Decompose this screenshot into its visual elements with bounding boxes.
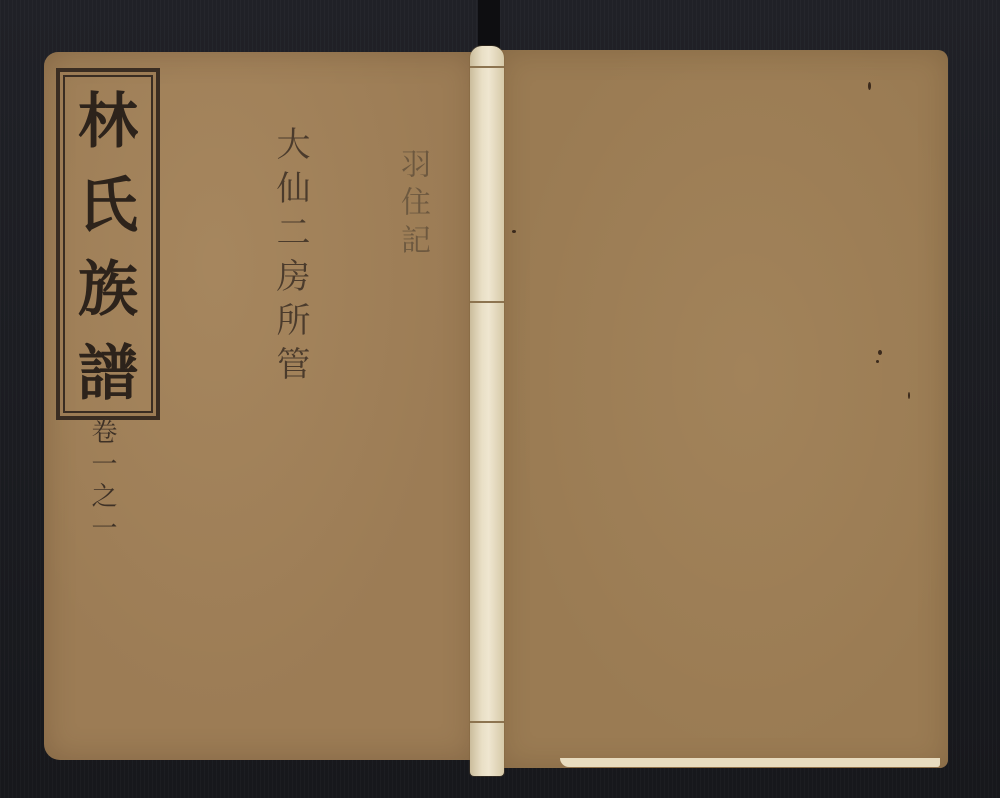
title-char: 林 <box>60 74 156 160</box>
volume-note: 卷一之一 <box>84 418 121 546</box>
title-char: 族 <box>60 242 156 328</box>
back-cover <box>500 50 948 768</box>
branch-note: 大仙二房所管 <box>266 126 315 390</box>
stain-speck <box>876 360 879 363</box>
stain-speck <box>908 392 910 399</box>
binding-thread <box>470 66 504 68</box>
binding-thread <box>470 721 504 723</box>
stain-speck <box>868 82 871 90</box>
thread-bound-spine <box>470 46 504 776</box>
stain-speck <box>512 230 516 233</box>
binding-thread <box>470 301 504 303</box>
title-char: 譜 <box>60 326 156 412</box>
title-label-box: 林 氏 族 譜 <box>56 68 160 420</box>
faint-pencil-note: 羽住記 <box>390 148 434 262</box>
page-block-edge <box>560 758 940 767</box>
title-char: 氏 <box>60 158 156 244</box>
stain-speck <box>878 350 882 355</box>
